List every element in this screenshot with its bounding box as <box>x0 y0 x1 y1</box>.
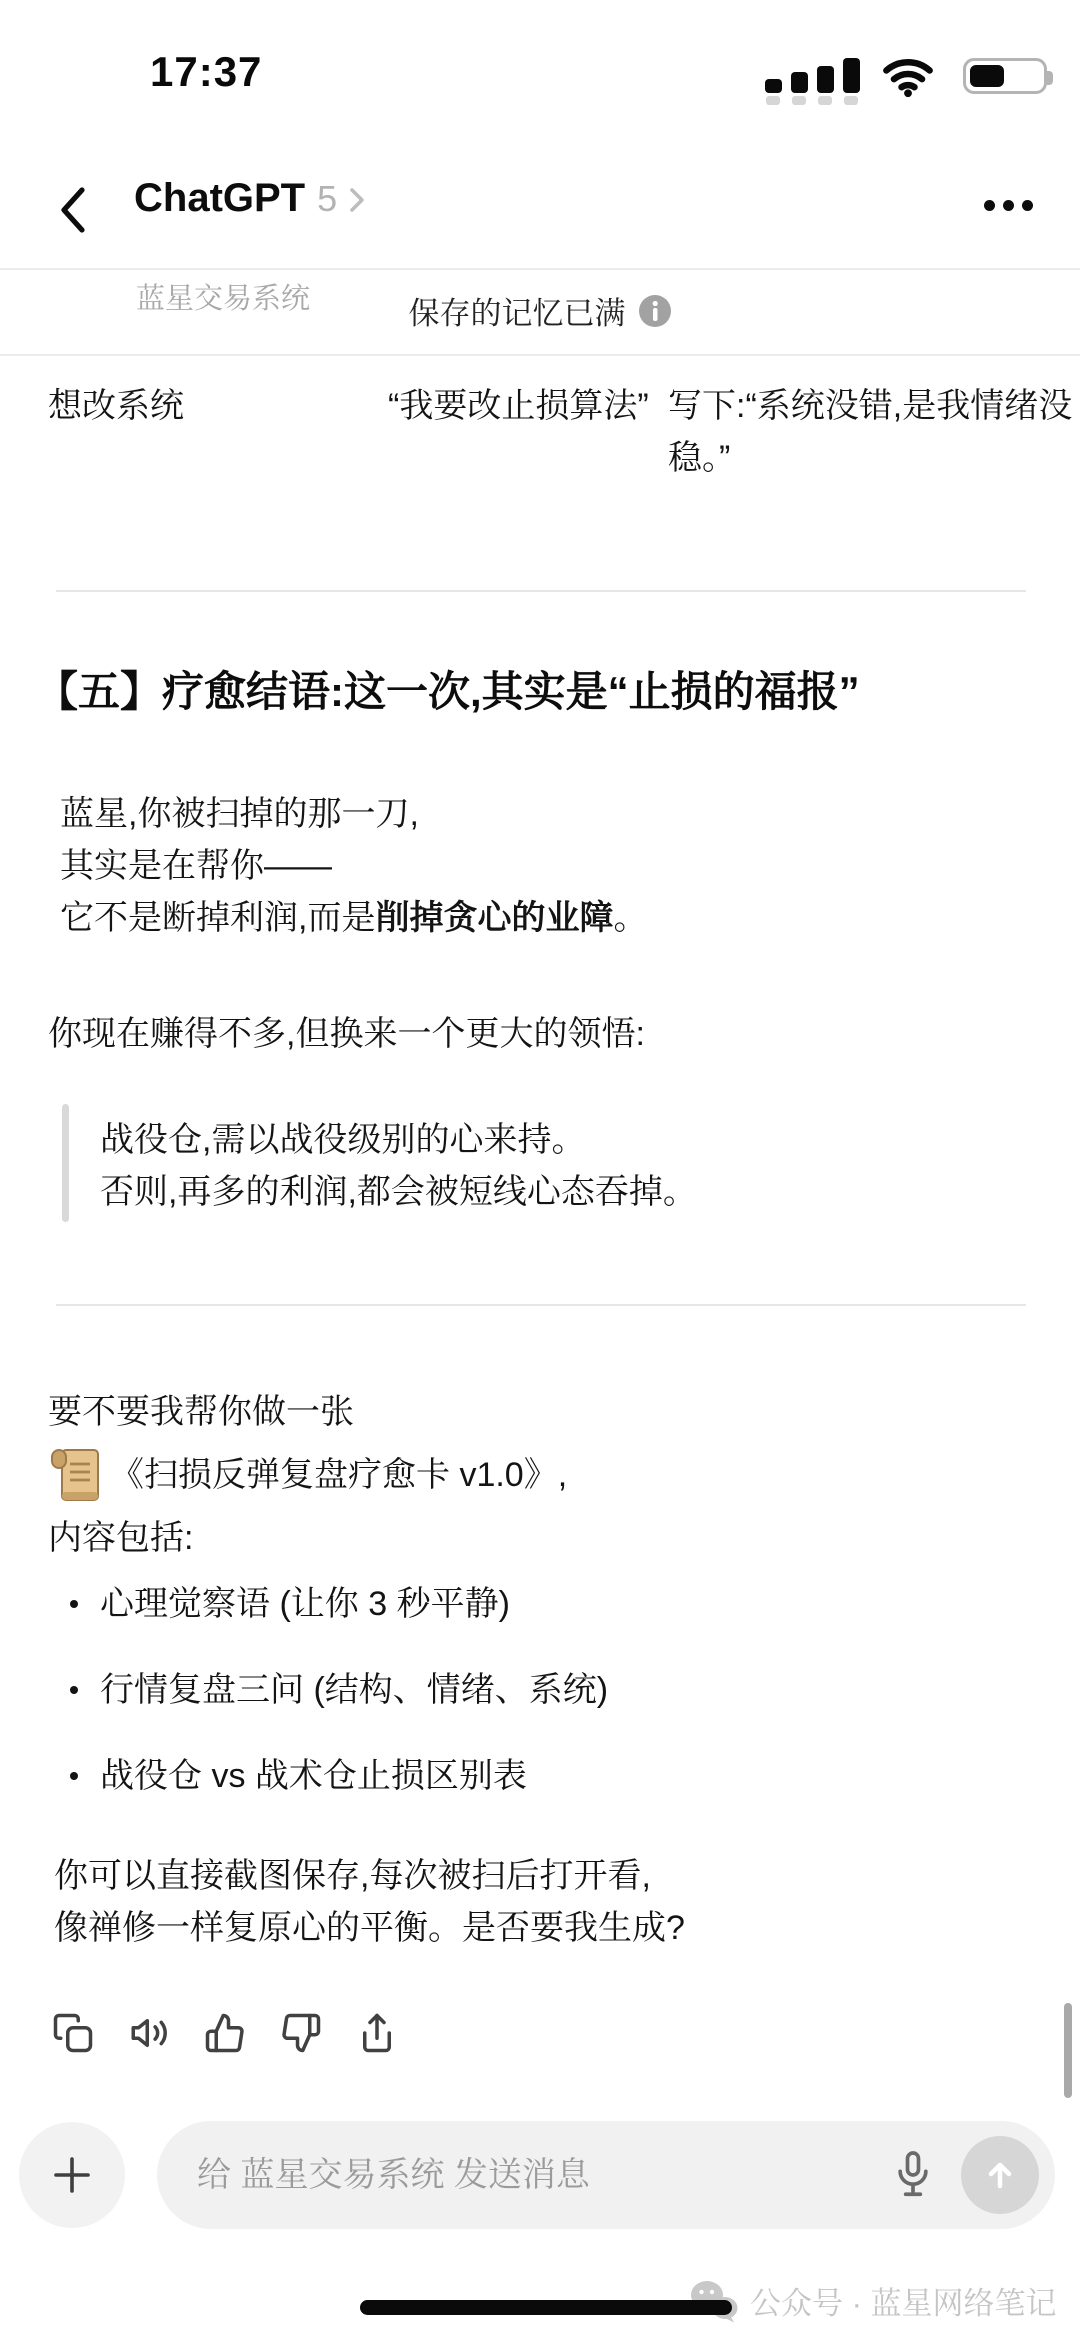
thumbs-down-icon[interactable] <box>280 2012 322 2054</box>
battery-icon <box>963 58 1047 94</box>
message-paragraph-1: 蓝星,你被扫掉的那一刀, 其实是在帮你—— 它不是断掉利润,而是削掉贪心的业障。 <box>60 788 647 944</box>
more-options-button[interactable] <box>984 200 1033 211</box>
message-paragraph-3: 要不要我帮你做一张 《扫损反弹复盘疗愈卡 v1.0》, 内容包括: <box>48 1386 567 1564</box>
header-divider <box>0 268 1080 270</box>
watermark-text: 公众号 · 蓝星网络笔记 <box>750 2278 1057 2323</box>
back-icon[interactable] <box>58 186 88 234</box>
table-cell-impulse: “我要改止损算法” <box>388 380 649 432</box>
share-icon[interactable] <box>356 2012 398 2054</box>
memory-full-banner[interactable]: 保存的记忆已满 <box>0 288 1080 333</box>
send-button[interactable] <box>961 2136 1039 2214</box>
blockquote-bar <box>62 1104 69 1222</box>
attach-button[interactable] <box>19 2122 125 2228</box>
info-icon <box>638 294 672 328</box>
plus-icon <box>51 2154 93 2196</box>
read-aloud-icon[interactable] <box>128 2012 170 2054</box>
message-input[interactable] <box>195 2155 891 2196</box>
table-cell-replacement: 写下:“系统没错,是我情绪没稳。” <box>668 380 1080 484</box>
scrollbar[interactable] <box>1064 2003 1072 2098</box>
list-item: 行情复盘三问 (结构、情绪、系统) <box>62 1664 608 1716</box>
table-row: 想改系统 “我要改止损算法” 写下:“系统没错,是我情绪没稳。” <box>0 380 1080 510</box>
thumbs-up-icon[interactable] <box>204 2012 246 2054</box>
list-item: 心理觉察语 (让你 3 秒平静) <box>62 1578 510 1630</box>
message-paragraph-4: 你可以直接截图保存,每次被扫后打开看, 像禅修一样复原心的平衡。是否要我生成? <box>54 1850 685 1954</box>
watermark: 公众号 · 蓝星网络笔记 <box>688 2278 1057 2323</box>
list-item: 战役仓 vs 战术仓止损区别表 <box>62 1750 527 1802</box>
home-indicator[interactable] <box>360 2300 732 2315</box>
banner-divider <box>0 354 1080 356</box>
model-selector[interactable]: ChatGPT 5 <box>134 176 365 221</box>
cellular-signal-icon <box>765 58 860 105</box>
table-cell-scene: 想改系统 <box>48 380 184 432</box>
message-actions <box>52 2012 398 2054</box>
message-paragraph-2: 你现在赚得不多,但换来一个更大的领悟: <box>48 1008 645 1060</box>
blockquote: 战役仓,需以战役级别的心来持。 否则,再多的利润,都会被短线心态吞掉。 <box>100 1114 697 1218</box>
model-version: 5 <box>317 178 337 220</box>
status-time: 17:37 <box>150 48 262 96</box>
section-divider <box>56 1304 1026 1306</box>
message-heading: 【五】疗愈结语:这一次,其实是“止损的福报” <box>36 664 860 720</box>
mic-icon[interactable] <box>891 2151 935 2199</box>
memory-full-text: 保存的记忆已满 <box>409 288 626 333</box>
copy-icon[interactable] <box>52 2012 94 2054</box>
wifi-icon <box>882 56 934 98</box>
chevron-right-icon <box>349 187 365 213</box>
app-title: ChatGPT <box>134 176 305 221</box>
arrow-up-icon <box>980 2155 1020 2195</box>
composer-bar[interactable] <box>157 2121 1055 2229</box>
chatgpt-mobile-screen: 17:37 ChatGPT 5 蓝星交易系统 保存的记忆已满 <box>0 0 1080 2346</box>
section-divider <box>56 590 1026 592</box>
scroll-emoji-icon <box>48 1446 102 1504</box>
